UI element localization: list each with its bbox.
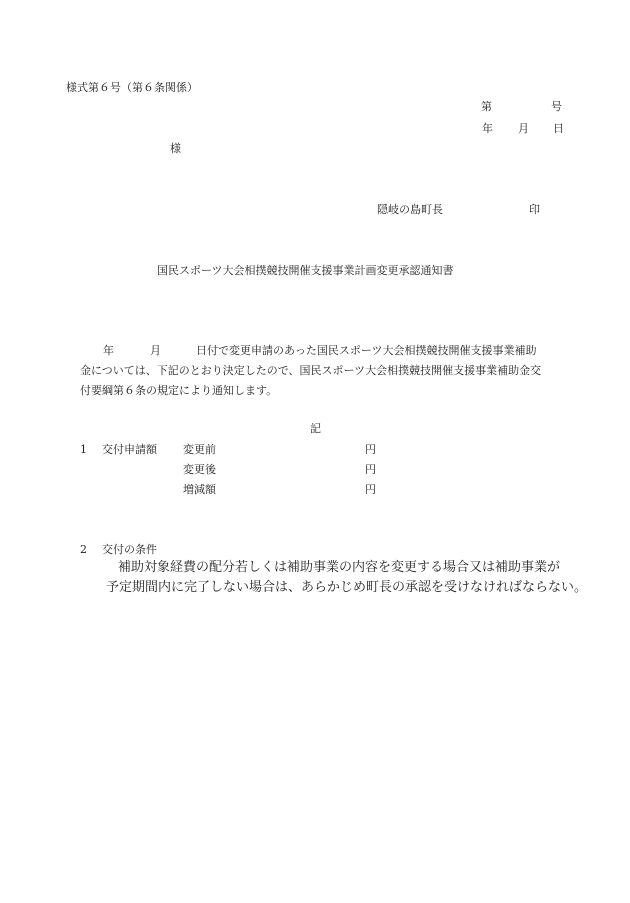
section-1-label: 交付申請額 [102, 444, 157, 455]
form-label: 様式第６号（第６条関係） [66, 82, 198, 93]
amount-after-label: 変更後 [183, 464, 216, 475]
amount-diff-label: 増減額 [183, 484, 216, 495]
body-line-3: 付要綱第６条の規定により通知します。 [80, 385, 277, 396]
section-2-line-1: 補助対象経費の配分若しくは補助事業の内容を変更する場合又は補助事業が [118, 561, 560, 574]
date-year: 年 [482, 123, 493, 134]
number-suffix: 号 [551, 101, 562, 112]
number-prefix: 第 [481, 101, 492, 112]
body-line-2: 金については、下記のとおり決定したので、国民スポーツ大会相撲競技開催支援事業補助… [80, 365, 541, 376]
ki-heading: 記 [310, 423, 321, 434]
issuer-name: 隠岐の島町長 [377, 204, 443, 215]
body-date-month: 月 [150, 345, 161, 356]
seal-mark: 印 [529, 204, 540, 215]
section-2-label: 交付の条件 [102, 544, 157, 555]
amount-diff-unit: 円 [365, 484, 376, 495]
amount-before-label: 変更前 [183, 444, 216, 455]
amount-before-unit: 円 [365, 444, 376, 455]
addressee-suffix: 様 [170, 143, 181, 154]
body-date-year: 年 [103, 345, 114, 356]
section-2-number: 2 [80, 544, 87, 555]
body-line-1: 日付で変更申請のあった国民スポーツ大会相撲競技開催支援事業補助 [196, 345, 536, 356]
amount-after-unit: 円 [365, 464, 376, 475]
document-title: 国民スポーツ大会相撲競技開催支援事業計画変更承認通知書 [157, 265, 454, 276]
date-month: 月 [518, 123, 529, 134]
section-2-line-2: 予定期間内に完了しない場合は、あらかじめ町長の承認を受けなければならない。 [106, 581, 587, 594]
section-1-number: 1 [80, 444, 87, 455]
date-day: 日 [553, 123, 564, 134]
